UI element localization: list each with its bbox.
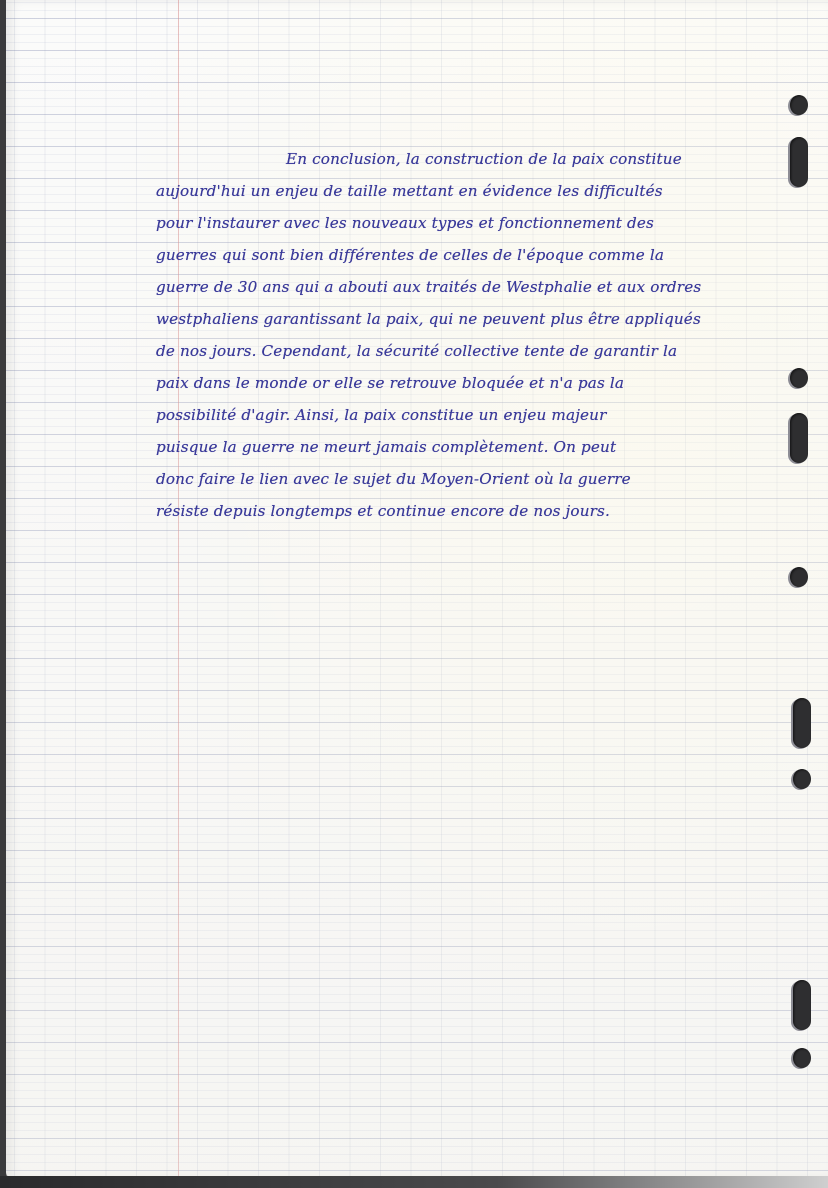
text-line: guerres qui sont bien différentes de cel… — [156, 239, 821, 271]
text-line: de nos jours. Cependant, la sécurité col… — [156, 335, 821, 367]
punch-hole-icon — [790, 413, 808, 463]
punch-hole-icon — [793, 698, 811, 748]
punch-hole-icon — [790, 368, 808, 388]
text-line: En conclusion, la construction de la pai… — [156, 143, 821, 175]
text-line: puisque la guerre ne meurt jamais complè… — [156, 431, 821, 463]
text-line: résiste depuis longtemps et continue enc… — [156, 495, 821, 527]
punch-hole-icon — [793, 980, 811, 1030]
handwritten-conclusion: En conclusion, la construction de la pai… — [156, 143, 821, 527]
punch-hole-icon — [790, 95, 808, 115]
text-line: guerre de 30 ans qui a abouti aux traité… — [156, 271, 821, 303]
punch-hole-icon — [790, 137, 808, 187]
text-line: donc faire le lien avec le sujet du Moye… — [156, 463, 821, 495]
notebook-page: En conclusion, la construction de la pai… — [6, 0, 828, 1178]
punch-hole-icon — [790, 567, 808, 587]
table-surface — [0, 1176, 828, 1188]
text-line: pour l'instaurer avec les nouveaux types… — [156, 207, 821, 239]
punch-hole-icon — [793, 769, 811, 789]
text-line: westphaliens garantissant la paix, qui n… — [156, 303, 821, 335]
punch-hole-icon — [793, 1048, 811, 1068]
text-line: paix dans le monde or elle se retrouve b… — [156, 367, 821, 399]
text-line: aujourd'hui un enjeu de taille mettant e… — [156, 175, 821, 207]
text-line: possibilité d'agir. Ainsi, la paix const… — [156, 399, 821, 431]
